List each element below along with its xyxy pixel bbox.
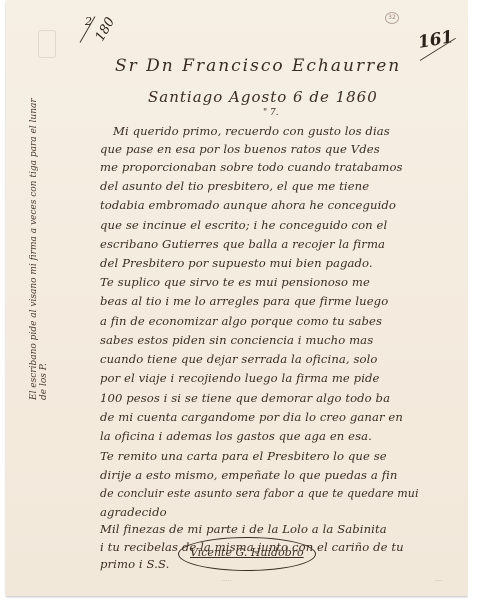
body-line: Mi querido primo, recuerdo con gusto los… — [113, 124, 390, 138]
margin-note-line: El escribano pide al visano mi firma a v… — [29, 98, 39, 400]
body-line: cuando tiene que dejar serrada la oficin… — [100, 352, 378, 366]
body-line: beas al tio i me lo arregles para que fi… — [100, 294, 388, 308]
page-edge — [468, 0, 477, 600]
body-line: primo i S.S. — [100, 557, 169, 571]
body-line: que se incinue el escrito; i he concegui… — [100, 218, 387, 232]
embossed-seal — [38, 30, 56, 58]
body-line: de mi cuenta cargandome por dia lo creo … — [100, 410, 403, 424]
addressee-heading: Sr Dn Francisco Echaurren — [115, 56, 401, 76]
body-line: a fin de economizar algo porque como tu … — [100, 314, 382, 328]
body-line: por el viaje i recojiendo luego la firma… — [100, 371, 380, 385]
body-line: agradecido — [100, 505, 167, 519]
body-line: Te suplico que sirvo te es mui pensionos… — [100, 275, 370, 289]
signature: Vicente G. Huidobro — [190, 546, 304, 559]
margin-note-line: de los P. — [39, 98, 49, 400]
body-line: de concluir este asunto sera fabor a que… — [100, 487, 419, 500]
body-line: del Presbitero por supuesto mui bien pag… — [100, 256, 373, 270]
body-line: sabes estos piden sin conciencia i mucho… — [100, 333, 373, 347]
body-line: 100 pesos i si se tiene que demorar algo… — [100, 391, 390, 405]
margin-note: El escribano pide al visano mi firma a v… — [29, 98, 49, 400]
place-date: Santiago Agosto 6 de 1860 — [148, 88, 378, 106]
body-line: escribano Gutierres que balla a recojer … — [100, 237, 385, 251]
body-line: todabia embromado aunque ahora he conceg… — [100, 198, 396, 212]
date-annotation: " 7. — [263, 108, 279, 118]
circled-page-number: 32 — [385, 12, 399, 24]
body-line: que pase en esa por los buenos ratos que… — [100, 142, 380, 156]
body-line: dirije a esto mismo, empeñate lo que pue… — [100, 468, 397, 482]
faint-stamp: ····· — [222, 578, 232, 585]
body-line: la oficina i ademas los gastos que aga e… — [100, 429, 372, 443]
faint-stamp: ···· — [435, 578, 443, 585]
body-line: Te remito una carta para el Presbitero l… — [100, 449, 387, 463]
body-line: Mil finezas de mi parte i de la Lolo a l… — [100, 522, 387, 536]
body-line: me proporcionaban sobre todo cuando trat… — [100, 160, 403, 174]
body-line: del asunto del tio presbitero, el que me… — [100, 179, 369, 193]
